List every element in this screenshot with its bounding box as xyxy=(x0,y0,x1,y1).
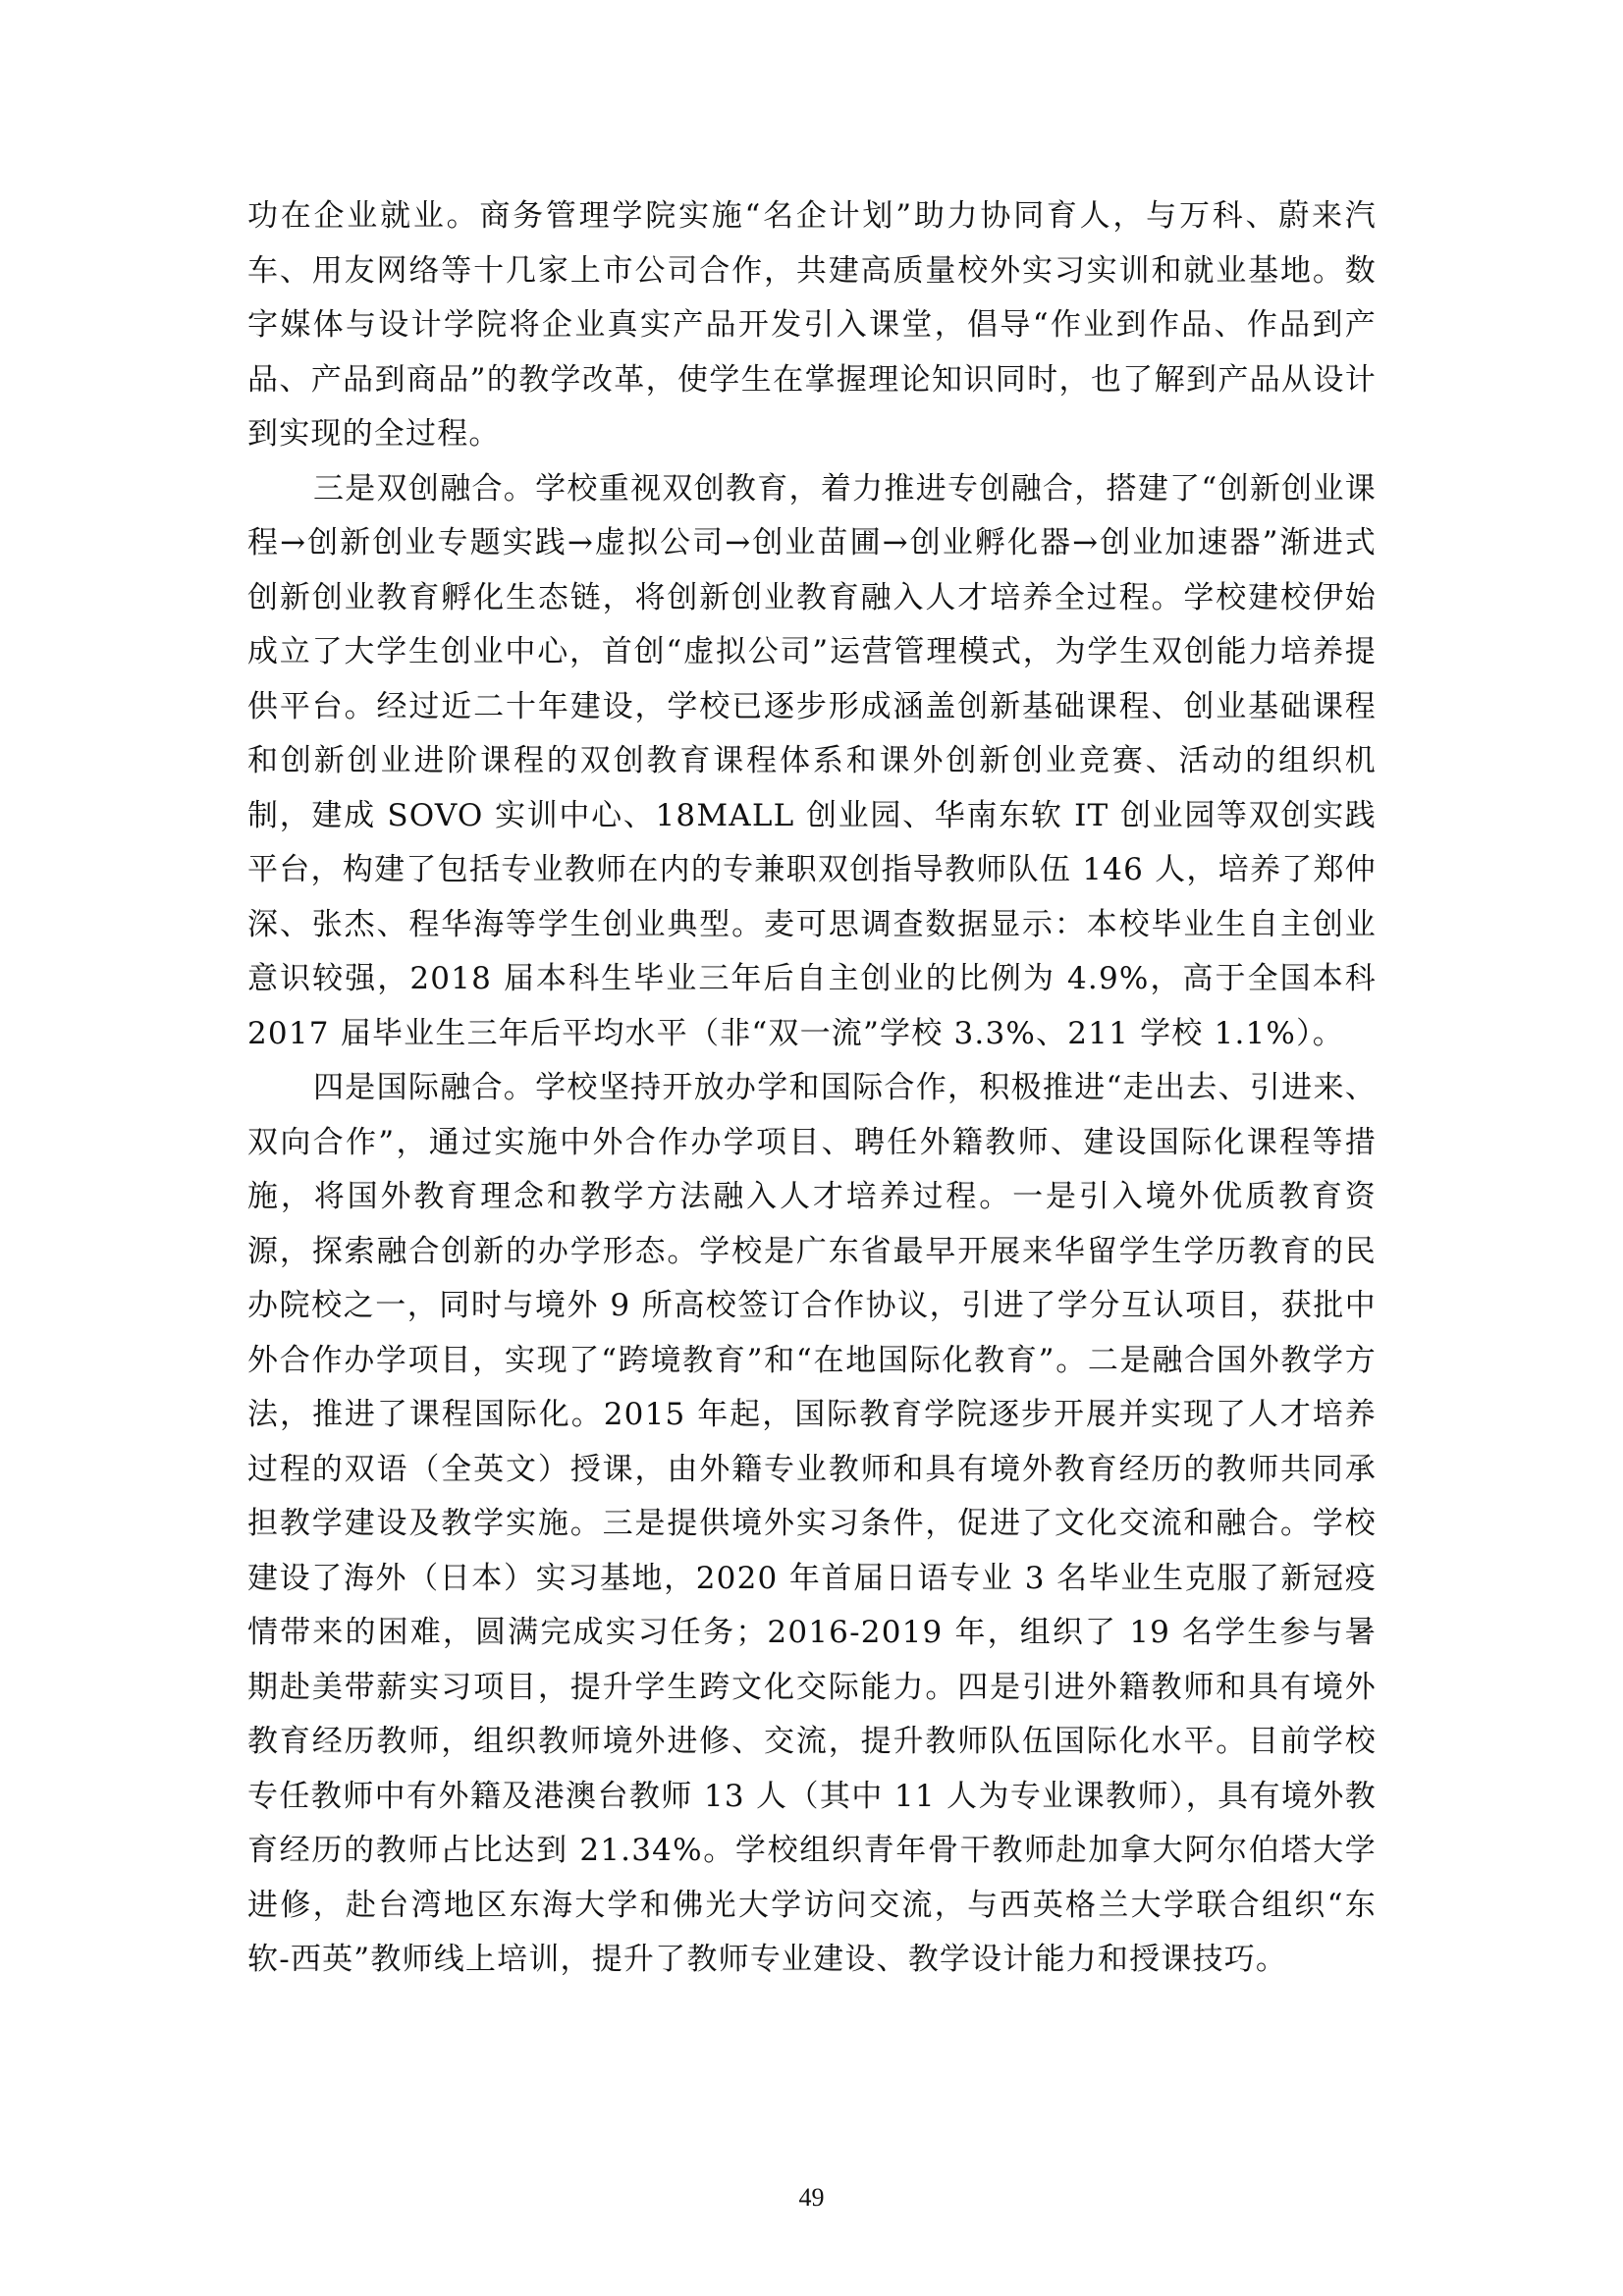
paragraph-international-integration: 四是国际融合。学校坚持开放办学和国际合作，积极推进“走出去、引进来、双向合作”，… xyxy=(247,1061,1377,1988)
paragraph-innovation-entrepreneurship: 三是双创融合。学校重视双创教育，着力推进专创融合，搭建了“创新创业课程→创新创业… xyxy=(247,462,1377,1062)
document-body: 功在企业就业。商务管理学院实施“名企计划”助力协同育人，与万科、蔚来汽车、用友网… xyxy=(247,189,1377,1988)
page-number: 49 xyxy=(0,2183,1623,2213)
paragraph-continuation: 功在企业就业。商务管理学院实施“名企计划”助力协同育人，与万科、蔚来汽车、用友网… xyxy=(247,189,1377,462)
